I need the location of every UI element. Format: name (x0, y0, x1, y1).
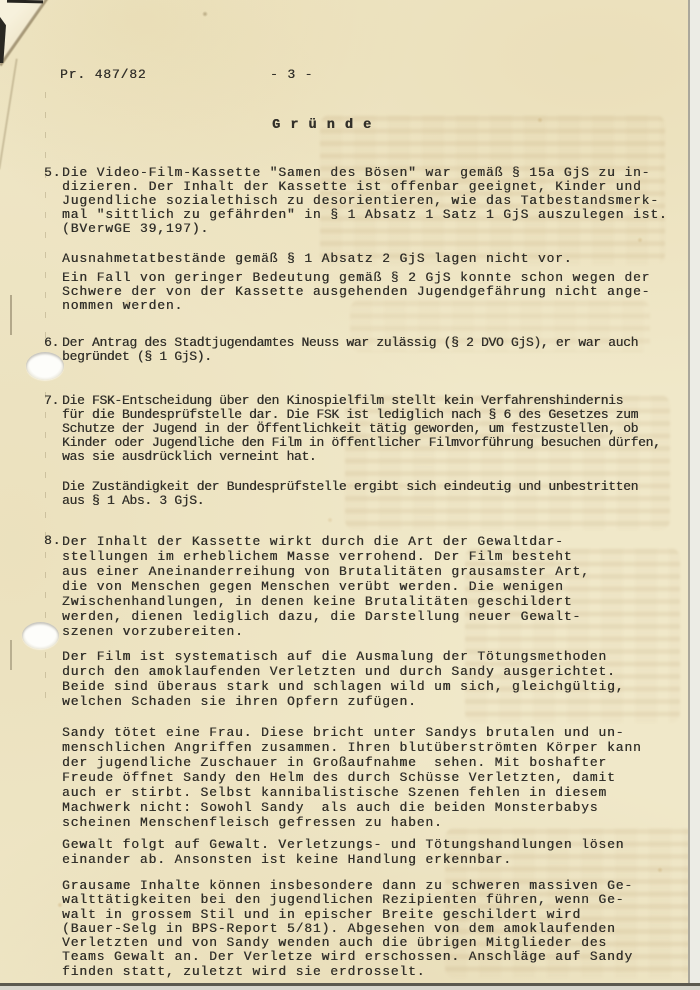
item-paragraph: Der Film ist systematisch auf die Ausmal… (62, 649, 678, 709)
page-number: - 3 - (270, 68, 313, 82)
item-paragraph: Ausnahmetatbestände gemäß § 1 Absatz 2 G… (62, 252, 678, 266)
item-paragraph: Der Antrag des Stadtjugendamtes Neuss wa… (62, 336, 678, 364)
numbered-item-6: 6. Der Antrag des Stadtjugendamtes Neuss… (62, 336, 678, 364)
section-title: G r ü n d e (62, 118, 678, 133)
item-number: 8. (44, 534, 61, 548)
item-paragraph: Grausame Inhalte können insbesondere dan… (62, 879, 678, 979)
scanned-document-page: Pr. 487/82 - 3 - G r ü n d e 5. Die Vide… (0, 0, 700, 990)
item-paragraph: Die FSK-Entscheidung über den Kinospielf… (62, 394, 678, 464)
numbered-item-8: 8. Der Inhalt der Kassette wirkt durch d… (62, 534, 678, 979)
scan-bottom-edge-strip (0, 986, 700, 990)
item-paragraph: Die Video-Film-Kassette "Samen des Bösen… (62, 166, 678, 236)
left-margin-crease-mark (10, 295, 12, 335)
left-margin-crease-mark (10, 640, 12, 670)
item-paragraph: Der Inhalt der Kassette wirkt durch die … (62, 534, 678, 639)
numbered-item-5: 5. Die Video-Film-Kassette "Samen des Bö… (62, 166, 678, 313)
punch-hole (22, 622, 59, 649)
numbered-item-7: 7. Die FSK-Entscheidung über den Kinospi… (62, 394, 678, 508)
item-number: 7. (44, 394, 59, 408)
item-paragraph: Sandy tötet eine Frau. Diese bricht unte… (62, 725, 678, 830)
document-reference: Pr. 487/82 (60, 68, 147, 82)
item-paragraph: Ein Fall von geringer Bedeutung gemäß § … (62, 271, 678, 313)
item-number: 6. (44, 336, 59, 350)
item-number: 5. (44, 166, 61, 180)
item-paragraph: Gewalt folgt auf Gewalt. Verletzungs- un… (62, 837, 678, 867)
document-content: Pr. 487/82 - 3 - G r ü n d e 5. Die Vide… (62, 0, 678, 979)
page-header: Pr. 487/82 - 3 - (62, 68, 678, 82)
punch-hole (26, 352, 64, 380)
corner-secondary-crease (0, 59, 18, 170)
item-paragraph: Die Zuständigkeit der Bundesprüfstelle e… (62, 480, 678, 508)
scan-right-edge (688, 0, 700, 990)
